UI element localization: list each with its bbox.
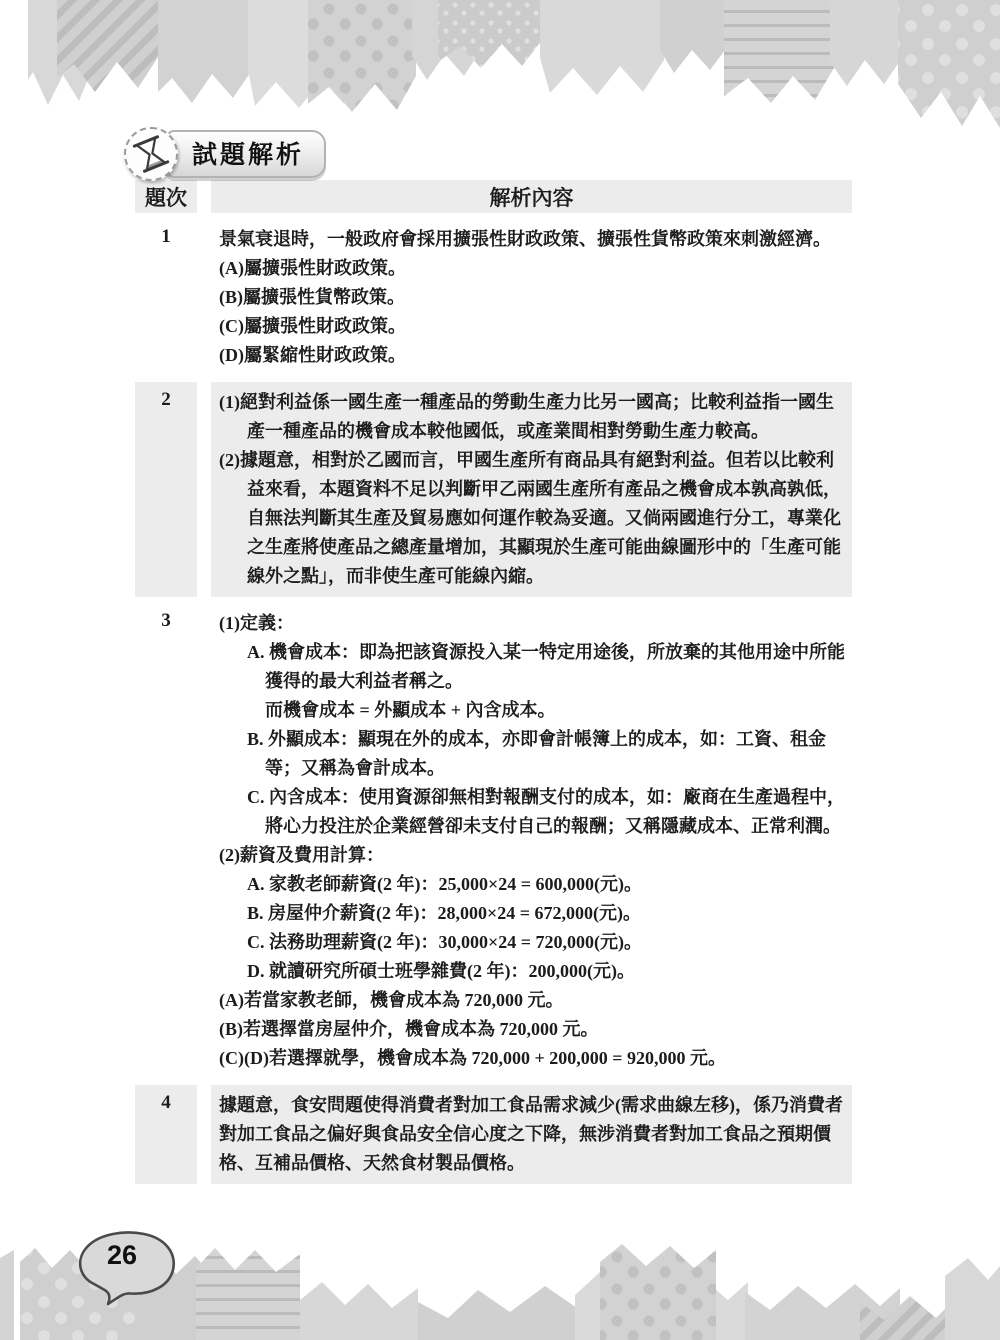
answer-line: 等；又稱為會計成本。 — [265, 754, 846, 783]
answer-line: (A)若當家教老師，機會成本為 720,000 元。 — [219, 986, 846, 1015]
answer-line: (B)若選擇當房屋仲介，機會成本為 720,000 元。 — [219, 1015, 846, 1044]
answer-line: 產一種產品的機會成本較他國低，或產業間相對勞動生產力較高。 — [247, 417, 846, 446]
answer-line: A. 家教老師薪資(2 年)：25,000×24 = 600,000(元)。 — [247, 870, 846, 899]
page-number: 26 — [66, 1240, 178, 1271]
answer-line: 將心力投注於企業經營卻未支付自己的報酬；又稱隱藏成本、正常利潤。 — [265, 812, 846, 841]
question-number: 3 — [135, 603, 197, 1079]
answer-line: (C)(D)若選擇就學，機會成本為 720,000 + 200,000 = 92… — [219, 1044, 846, 1073]
table-body: 1景氣衰退時，一般政府會採用擴張性財政政策、擴張性貨幣政策來刺激經濟。(A)屬擴… — [135, 219, 852, 1184]
table-row: 4據題意，食安問題使得消費者對加工食品需求減少(需求曲線左移)，係乃消費者對加工… — [135, 1085, 852, 1184]
section-badge: 試題解析 — [124, 127, 326, 181]
answer-line: 據題意，食安問題使得消費者對加工食品需求減少(需求曲線左移)，係乃消費者 — [219, 1091, 846, 1120]
analysis-content: (1)絕對利益係一國生產一種產品的勞動生產力比另一國高；比較利益指一國生產一種產… — [211, 382, 852, 597]
analysis-content: 據題意，食安問題使得消費者對加工食品需求減少(需求曲線左移)，係乃消費者對加工食… — [211, 1085, 852, 1184]
answer-line: D. 就讀研究所碩士班學雜費(2 年)：200,000(元)。 — [247, 957, 846, 986]
answer-line: B. 房屋仲介薪資(2 年)：28,000×24 = 672,000(元)。 — [247, 899, 846, 928]
hourglass-icon — [124, 127, 178, 181]
answer-line: 自無法判斷其生產及貿易應如何運作較為妥適。又倘兩國進行分工，專業化 — [247, 504, 846, 533]
question-number: 2 — [135, 382, 197, 597]
table-row: 3(1)定義：A. 機會成本：即為把該資源投入某一特定用途後，所放棄的其他用途中… — [135, 603, 852, 1079]
answer-line: 之生產將使產品之總產量增加，其顯現於生產可能曲線圖形中的「生產可能 — [247, 533, 846, 562]
column-header-content: 解析內容 — [211, 180, 852, 213]
answer-line: 益來看，本題資料不足以判斷甲乙兩國生產所有產品之機會成本孰高孰低， — [247, 475, 846, 504]
question-number: 1 — [135, 219, 197, 376]
answer-line: (B)屬擴張性貨幣政策。 — [219, 283, 846, 312]
page-number-bubble: 26 — [66, 1226, 184, 1308]
answer-line: B. 外顯成本：顯現在外的成本，亦即會計帳簿上的成本，如：工資、租金 — [247, 725, 846, 754]
answer-line: 而機會成本 = 外顯成本 + 內含成本。 — [265, 696, 846, 725]
answer-line: (D)屬緊縮性財政政策。 — [219, 341, 846, 370]
answer-line: A. 機會成本：即為把該資源投入某一特定用途後，所放棄的其他用途中所能 — [247, 638, 846, 667]
answer-line: C. 法務助理薪資(2 年)：30,000×24 = 720,000(元)。 — [247, 928, 846, 957]
answer-line: C. 內含成本：使用資源卻無相對報酬支付的成本，如：廠商在生產過程中， — [247, 783, 846, 812]
answer-line: 格、互補品價格、天然食材製品價格。 — [219, 1149, 846, 1178]
answer-line: 線外之點」，而非使生產可能線內縮。 — [247, 562, 846, 591]
textbook-page: 試題解析 題次 解析內容 1景氣衰退時，一般政府會採用擴張性財政政策、擴張性貨幣… — [0, 0, 1000, 1340]
section-title: 試題解析 — [166, 130, 326, 178]
answer-line: 景氣衰退時，一般政府會採用擴張性財政政策、擴張性貨幣政策來刺激經濟。 — [219, 225, 846, 254]
answer-line: (1)絕對利益係一國生產一種產品的勞動生產力比另一國高；比較利益指一國生 — [219, 388, 846, 417]
table-row: 2(1)絕對利益係一國生產一種產品的勞動生產力比另一國高；比較利益指一國生產一種… — [135, 382, 852, 597]
torn-paper-collage-top — [0, 0, 1000, 140]
answer-line: (2)薪資及費用計算： — [219, 841, 846, 870]
answer-line: (A)屬擴張性財政政策。 — [219, 254, 846, 283]
analysis-content: 景氣衰退時，一般政府會採用擴張性財政政策、擴張性貨幣政策來刺激經濟。(A)屬擴張… — [211, 219, 852, 376]
answer-line: 對加工食品之偏好與食品安全信心度之下降，無涉消費者對加工食品之預期價 — [219, 1120, 846, 1149]
answer-line: 獲得的最大利益者稱之。 — [265, 667, 846, 696]
column-header-question-no: 題次 — [135, 180, 197, 213]
answer-line: (2)據題意，相對於乙國而言，甲國生產所有商品具有絕對利益。但若以比較利 — [219, 446, 846, 475]
table-header: 題次 解析內容 — [135, 180, 852, 213]
answer-line: (C)屬擴張性財政政策。 — [219, 312, 846, 341]
analysis-table: 題次 解析內容 1景氣衰退時，一般政府會採用擴張性財政政策、擴張性貨幣政策來刺激… — [135, 180, 852, 1190]
analysis-content: (1)定義：A. 機會成本：即為把該資源投入某一特定用途後，所放棄的其他用途中所… — [211, 603, 852, 1079]
question-number: 4 — [135, 1085, 197, 1184]
table-row: 1景氣衰退時，一般政府會採用擴張性財政政策、擴張性貨幣政策來刺激經濟。(A)屬擴… — [135, 219, 852, 376]
answer-line: (1)定義： — [219, 609, 846, 638]
